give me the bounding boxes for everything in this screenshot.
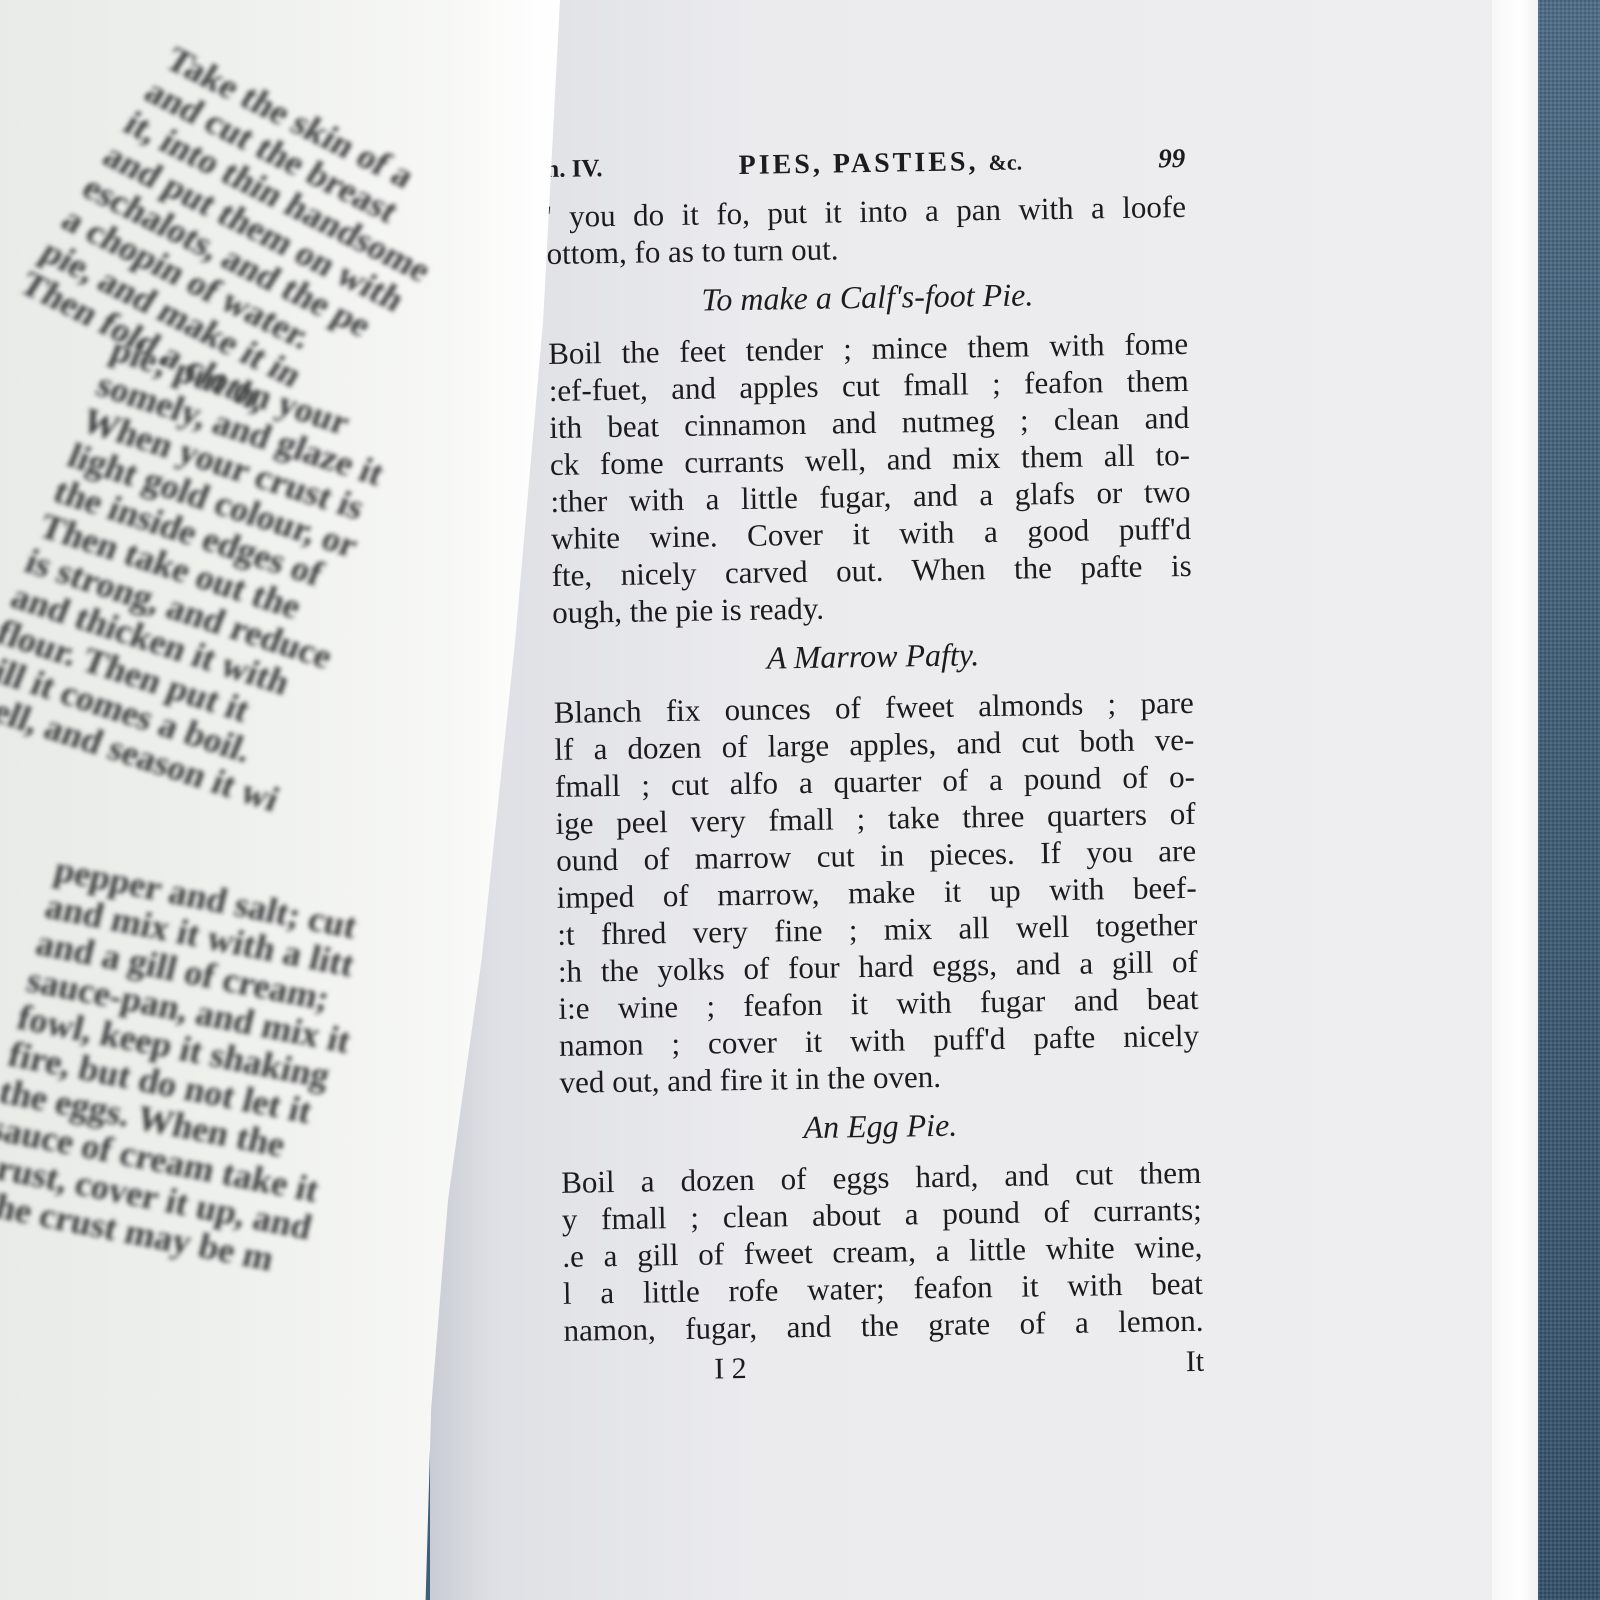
recipe-egg-pie: An Egg Pie. Boil a dozen of eggs hard, a… [560,1103,1204,1349]
running-title-suffix: &c. [988,150,1022,176]
signature-mark: I 2 [714,1350,747,1388]
recipe-marrow-pasty: A Marrow Pafty. Blanch fix ounces of fwe… [553,633,1200,1101]
chapter-label: h. IV. [545,150,603,188]
recipe-title: An Egg Pie. [560,1103,1201,1150]
left-page-blurred-text-middle: pie; put on your somely, and glaze it Wh… [0,330,462,830]
page-number: 99 [1158,140,1186,177]
recipe-title: A Marrow Pafty. [553,633,1194,680]
left-page-blurred-text-bottom: pepper and salt; cut and mix it with a l… [0,850,413,1288]
recipe-calfs-foot-pie: To make a Calf's-foot Pie. Boil the feet… [547,274,1192,631]
page-edge-strip [1490,0,1538,1600]
catchword: It [1185,1343,1204,1380]
right-page-text: h. IV. PIES, PASTIES, &c. 99 ' you do it… [545,140,1204,1390]
recipe-title: To make a Calf's-foot Pie. [547,274,1188,321]
running-title-text: PIES, PASTIES, [738,146,978,181]
running-title: PIES, PASTIES, &c. [738,143,1022,185]
